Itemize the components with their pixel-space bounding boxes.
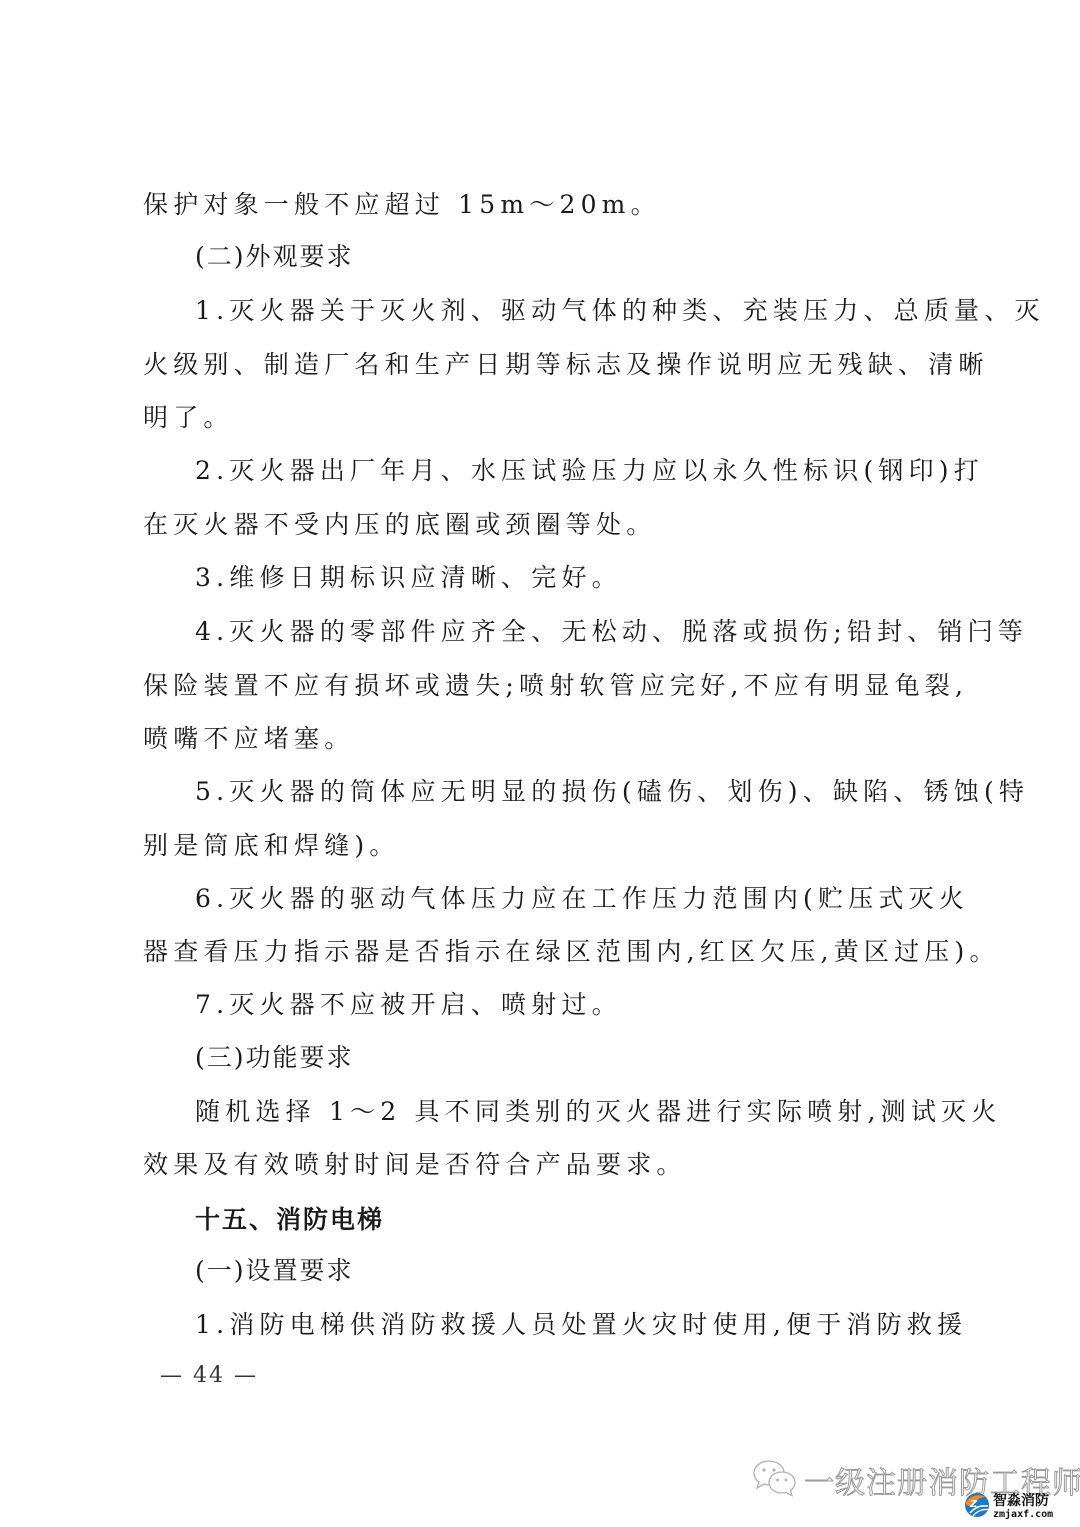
text-line: 效果及有效喷射时间是否符合产品要求。 — [143, 1150, 943, 1180]
text-line: 器查看压力指示器是否指示在绿区范围内,红区欠压,黄区过压)。 — [143, 937, 943, 967]
site-logo[interactable]: Z 智淼消防 zmjaxf.com — [964, 1492, 1053, 1522]
text-line: 5.灭火器的筒体应无明显的损伤(磕伤、划伤)、缺陷、锈蚀(特 — [195, 777, 995, 807]
text-line: 保护对象一般不应超过 15m～20m。 — [143, 190, 943, 220]
text-line: 1.消防电梯供消防救援人员处置火灾时使用,便于消防救援 — [195, 1310, 995, 1340]
section-heading: 十五、消防电梯 — [195, 1205, 995, 1235]
text-line: 别是筒底和焊缝)。 — [143, 831, 943, 861]
text-line: 喷嘴不应堵塞。 — [143, 724, 943, 754]
text-line: 在灭火器不受内压的底圈或颈圈等处。 — [143, 510, 943, 540]
text-line: 保险装置不应有损坏或遗失;喷射软管应完好,不应有明显龟裂, — [143, 671, 943, 701]
text-line: 1.灭火器关于灭火剂、驱动气体的种类、充装压力、总质量、灭 — [195, 296, 995, 326]
document-page: 保护对象一般不应超过 15m～20m。(二)外观要求1.灭火器关于灭火剂、驱动气… — [0, 0, 1080, 1527]
subsection-heading: (一)设置要求 — [195, 1256, 995, 1286]
text-line: 火级别、制造厂名和生产日期等标志及操作说明应无残缺、清晰 — [143, 350, 943, 380]
zmjaxf-logo-icon: Z — [964, 1492, 990, 1522]
subsection-heading: (三)功能要求 — [195, 1043, 995, 1073]
logo-name: 智淼消防 — [993, 1494, 1053, 1508]
text-line: 随机选择 1～2 具不同类别的灭火器进行实际喷射,测试灭火 — [195, 1097, 995, 1127]
text-line: 7.灭火器不应被开启、喷射过。 — [195, 990, 995, 1020]
text-line: 6.灭火器的驱动气体压力应在工作压力范围内(贮压式灭火 — [195, 884, 995, 914]
svg-text:Z: Z — [969, 1499, 978, 1510]
logo-url[interactable]: zmjaxf.com — [993, 1510, 1053, 1520]
text-line: 2.灭火器出厂年月、水压试验压力应以永久性标识(钢印)打 — [195, 456, 995, 486]
text-line: 明了。 — [143, 403, 943, 433]
text-line: 4.灭火器的零部件应齐全、无松动、脱落或损伤;铅封、销闩等 — [195, 617, 995, 647]
subsection-heading: (二)外观要求 — [195, 242, 995, 272]
text-line: 3.维修日期标识应清晰、完好。 — [195, 563, 995, 593]
wechat-icon — [752, 1458, 798, 1502]
page-number: — 44 — — [160, 1362, 258, 1390]
